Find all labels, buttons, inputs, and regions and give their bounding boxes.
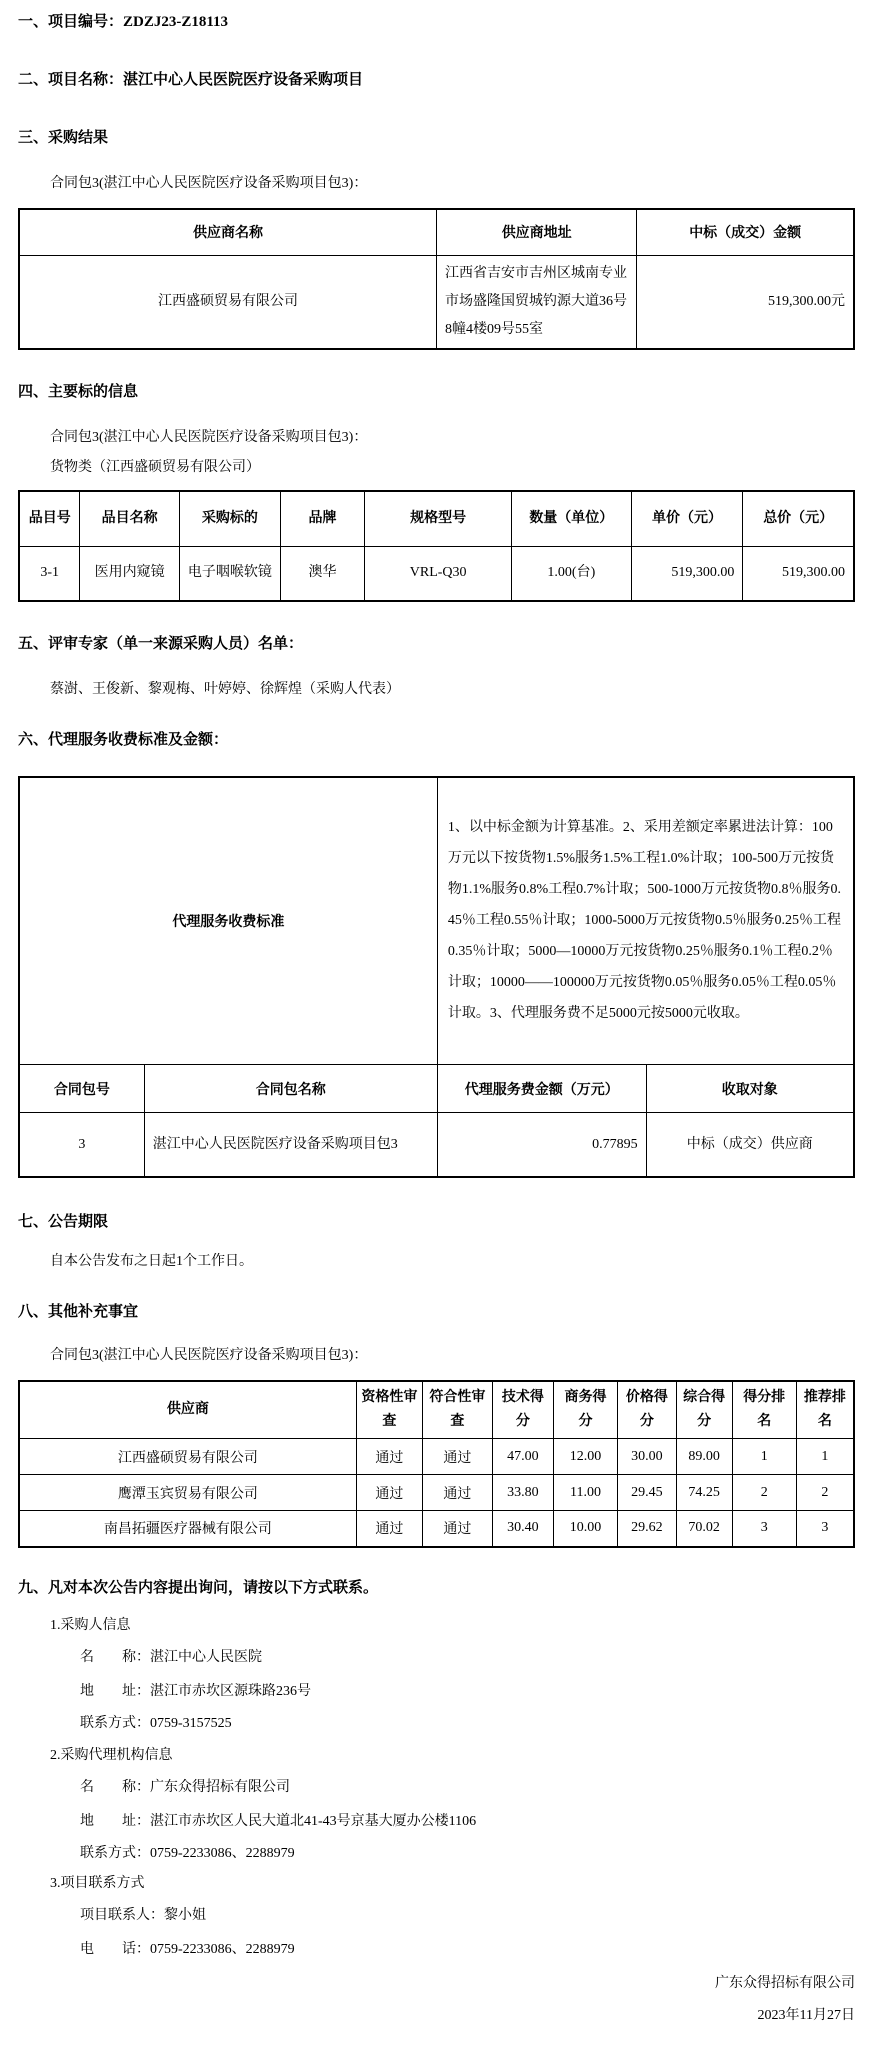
- purchaser-info-heading: 1.采购人信息: [18, 1616, 855, 1636]
- section8-package-line: 合同包3(湛江中心人民医院医疗设备采购项目包3)：: [18, 1346, 855, 1366]
- project-contact-person: 项目联系人：黎小姐: [18, 1906, 855, 1926]
- section1-heading: 一、项目编号：ZDZJ23-Z18113: [18, 12, 855, 32]
- fee-header-package-name: 合同包名称: [144, 1065, 437, 1113]
- fee-amount: 0.77895: [437, 1113, 646, 1177]
- subject-unit-price: 519,300.00: [631, 547, 743, 601]
- score-header-score-rank: 得分排名: [732, 1381, 796, 1439]
- score-overall: 74.25: [676, 1475, 732, 1511]
- procurement-result-announcement: 一、项目编号：ZDZJ23-Z18113 二、项目名称：湛江中心人民医院医疗设备…: [0, 0, 873, 2050]
- score-technical: 47.00: [492, 1439, 553, 1475]
- subject-item-name: 医用内窥镜: [80, 547, 179, 601]
- result-table-header-row: 供应商名称 供应商地址 中标（成交）金额: [19, 209, 854, 255]
- agency-fee-table: 代理服务收费标准 1、以中标金额为计算基准。2、采用差额定率累进法计算：100万…: [18, 776, 855, 1178]
- footer-date: 2023年11月27日: [18, 2006, 855, 2026]
- project-contact-phone: 电 话：0759-2233086、2288979: [18, 1940, 855, 1960]
- score-header-qualification-review: 资格性审查: [356, 1381, 422, 1439]
- subject-table: 品目号 品目名称 采购标的 品牌 规格型号 数量（单位） 单价（元） 总价（元）…: [18, 490, 855, 602]
- subject-header-procurement-subject: 采购标的: [179, 491, 280, 547]
- fee-table-header-row: 合同包号 合同包名称 代理服务费金额（万元） 收取对象: [19, 1065, 854, 1113]
- subject-item-no: 3-1: [19, 547, 80, 601]
- score-overall: 70.02: [676, 1511, 732, 1547]
- score-table-row-1: 江西盛硕贸易有限公司 通过 通过 47.00 12.00 30.00 89.00…: [19, 1439, 854, 1475]
- footer-company-name: 广东众得招标有限公司: [18, 1974, 855, 1994]
- score-header-commercial-score: 商务得分: [553, 1381, 617, 1439]
- subject-model: VRL-Q30: [365, 547, 512, 601]
- fee-header-package-no: 合同包号: [19, 1065, 144, 1113]
- score-overall: 89.00: [676, 1439, 732, 1475]
- expert-names: 蔡澍、王俊新、黎观梅、叶婷婷、徐辉煌（采购人代表）: [18, 680, 855, 700]
- score-conformity: 通过: [422, 1475, 492, 1511]
- announcement-period-text: 自本公告发布之日起1个工作日。: [18, 1252, 855, 1272]
- fee-header-fee-amount: 代理服务费金额（万元）: [437, 1065, 646, 1113]
- score-technical: 33.80: [492, 1475, 553, 1511]
- subject-procurement-subject: 电子咽喉软镜: [179, 547, 280, 601]
- fee-header-payer: 收取对象: [646, 1065, 854, 1113]
- agency-contact: 联系方式：0759-2233086、2288979: [18, 1844, 855, 1864]
- section5-heading: 五、评审专家（单一来源采购人员）名单：: [18, 634, 855, 654]
- fee-standard-row: 代理服务收费标准 1、以中标金额为计算基准。2、采用差额定率累进法计算：100万…: [19, 777, 854, 1065]
- agency-address: 地 址：湛江市赤坎区人民大道北41-43号京基大厦办公楼1106: [18, 1812, 855, 1832]
- score-header-price-score: 价格得分: [618, 1381, 676, 1439]
- fee-standard-label: 代理服务收费标准: [19, 777, 437, 1065]
- section2-heading: 二、项目名称：湛江中心人民医院医疗设备采购项目: [18, 70, 855, 90]
- score-supplier: 江西盛硕贸易有限公司: [19, 1439, 356, 1475]
- section9-heading: 九、凡对本次公告内容提出询问，请按以下方式联系。: [18, 1578, 855, 1598]
- score-technical: 30.40: [492, 1511, 553, 1547]
- score-qualification: 通过: [356, 1511, 422, 1547]
- result-header-supplier-address: 供应商地址: [437, 209, 637, 255]
- score-recommend-rank: 3: [796, 1511, 854, 1547]
- score-recommend-rank: 1: [796, 1439, 854, 1475]
- score-rank: 1: [732, 1439, 796, 1475]
- fee-package-name: 湛江中心人民医院医疗设备采购项目包3: [144, 1113, 437, 1177]
- subject-header-quantity: 数量（单位）: [512, 491, 631, 547]
- score-supplier: 鹰潭玉宾贸易有限公司: [19, 1475, 356, 1511]
- score-table: 供应商 资格性审查 符合性审查 技术得分 商务得分 价格得分 综合得分 得分排名…: [18, 1380, 855, 1548]
- fee-table-row: 3 湛江中心人民医院医疗设备采购项目包3 0.77895 中标（成交）供应商: [19, 1113, 854, 1177]
- agency-info-heading: 2.采购代理机构信息: [18, 1746, 855, 1766]
- subject-header-unit-price: 单价（元）: [631, 491, 743, 547]
- score-commercial: 11.00: [553, 1475, 617, 1511]
- score-qualification: 通过: [356, 1475, 422, 1511]
- result-header-supplier-name: 供应商名称: [19, 209, 437, 255]
- purchaser-contact: 联系方式：0759-3157525: [18, 1714, 855, 1734]
- result-award-amount: 519,300.00元: [637, 255, 854, 349]
- subject-header-item-name: 品目名称: [80, 491, 179, 547]
- subject-table-header-row: 品目号 品目名称 采购标的 品牌 规格型号 数量（单位） 单价（元） 总价（元）: [19, 491, 854, 547]
- section7-heading: 七、公告期限: [18, 1212, 855, 1232]
- score-commercial: 10.00: [553, 1511, 617, 1547]
- fee-payer: 中标（成交）供应商: [646, 1113, 854, 1177]
- fee-package-no: 3: [19, 1113, 144, 1177]
- purchaser-address: 地 址：湛江市赤坎区源珠路236号: [18, 1682, 855, 1702]
- score-header-conformity-review: 符合性审查: [422, 1381, 492, 1439]
- section3-package-line: 合同包3(湛江中心人民医院医疗设备采购项目包3)：: [18, 174, 855, 194]
- result-supplier-name: 江西盛硕贸易有限公司: [19, 255, 437, 349]
- result-supplier-address: 江西省吉安市吉州区城南专业市场盛隆国贸城钓源大道36号8幢4楼09号55室: [437, 255, 637, 349]
- score-header-technical-score: 技术得分: [492, 1381, 553, 1439]
- result-header-award-amount: 中标（成交）金额: [637, 209, 854, 255]
- subject-header-item-no: 品目号: [19, 491, 80, 547]
- score-price: 29.62: [618, 1511, 676, 1547]
- section6-heading: 六、代理服务收费标准及金额：: [18, 730, 855, 750]
- subject-header-model: 规格型号: [365, 491, 512, 547]
- score-commercial: 12.00: [553, 1439, 617, 1475]
- project-contact-heading: 3.项目联系方式: [18, 1874, 855, 1894]
- score-recommend-rank: 2: [796, 1475, 854, 1511]
- score-header-overall-score: 综合得分: [676, 1381, 732, 1439]
- score-table-row-2: 鹰潭玉宾贸易有限公司 通过 通过 33.80 11.00 29.45 74.25…: [19, 1475, 854, 1511]
- section3-heading: 三、采购结果: [18, 128, 855, 148]
- section4-package-line: 合同包3(湛江中心人民医院医疗设备采购项目包3)：: [18, 428, 855, 448]
- subject-brand: 澳华: [280, 547, 364, 601]
- score-price: 29.45: [618, 1475, 676, 1511]
- result-table-row: 江西盛硕贸易有限公司 江西省吉安市吉州区城南专业市场盛隆国贸城钓源大道36号8幢…: [19, 255, 854, 349]
- fee-standard-text: 1、以中标金额为计算基准。2、采用差额定率累进法计算：100万元以下按货物1.5…: [437, 777, 854, 1065]
- subject-header-total-price: 总价（元）: [743, 491, 854, 547]
- score-table-row-3: 南昌拓疆医疗器械有限公司 通过 通过 30.40 10.00 29.62 70.…: [19, 1511, 854, 1547]
- score-conformity: 通过: [422, 1439, 492, 1475]
- score-qualification: 通过: [356, 1439, 422, 1475]
- score-rank: 3: [732, 1511, 796, 1547]
- subject-total-price: 519,300.00: [743, 547, 854, 601]
- score-supplier: 南昌拓疆医疗器械有限公司: [19, 1511, 356, 1547]
- subject-table-row: 3-1 医用内窥镜 电子咽喉软镜 澳华 VRL-Q30 1.00(台) 519,…: [19, 547, 854, 601]
- subject-header-brand: 品牌: [280, 491, 364, 547]
- score-conformity: 通过: [422, 1511, 492, 1547]
- score-table-header-row: 供应商 资格性审查 符合性审查 技术得分 商务得分 价格得分 综合得分 得分排名…: [19, 1381, 854, 1439]
- score-price: 30.00: [618, 1439, 676, 1475]
- score-header-supplier: 供应商: [19, 1381, 356, 1439]
- section8-heading: 八、其他补充事宜: [18, 1302, 855, 1322]
- score-header-recommend-rank: 推荐排名: [796, 1381, 854, 1439]
- section4-heading: 四、主要标的信息: [18, 382, 855, 402]
- score-rank: 2: [732, 1475, 796, 1511]
- subject-quantity: 1.00(台): [512, 547, 631, 601]
- agency-name: 名 称：广东众得招标有限公司: [18, 1778, 855, 1798]
- purchaser-name: 名 称：湛江中心人民医院: [18, 1648, 855, 1668]
- result-table: 供应商名称 供应商地址 中标（成交）金额 江西盛硕贸易有限公司 江西省吉安市吉州…: [18, 208, 855, 350]
- section4-category-line: 货物类（江西盛硕贸易有限公司）: [18, 458, 855, 478]
